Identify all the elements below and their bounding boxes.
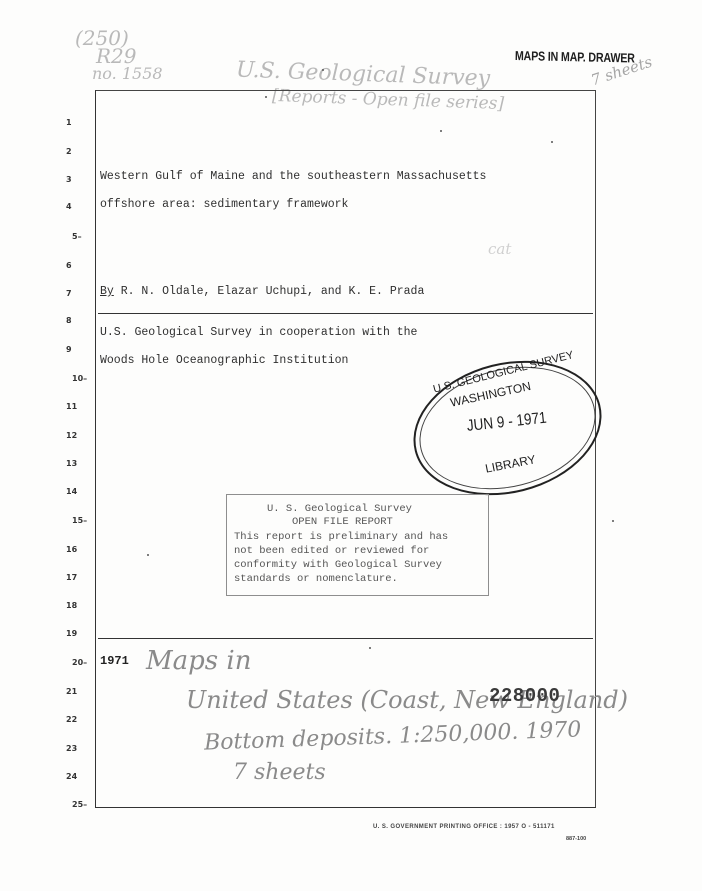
line-number: 8 (66, 316, 72, 325)
ofr-agency: U. S. Geological Survey (267, 503, 412, 515)
scan-speck (612, 520, 614, 522)
scan-speck (265, 96, 267, 98)
line-number: 3 (66, 175, 72, 184)
line-number: 17 (66, 573, 77, 582)
line-number: 11 (66, 402, 77, 411)
line-number: 10– (72, 374, 87, 383)
line-number: 2 (66, 147, 72, 156)
line-number: 7 (66, 289, 72, 298)
line-number: 20– (72, 658, 87, 667)
scan-speck (369, 647, 371, 649)
line-number: 25– (72, 800, 87, 809)
affiliation-line-2: Woods Hole Oceanographic Institution (100, 354, 348, 367)
line-number: 12 (66, 431, 77, 440)
line-number: 1 (66, 118, 72, 127)
printer-imprint: U. S. GOVERNMENT PRINTING OFFICE : 1957 … (373, 824, 555, 830)
scan-speck (440, 130, 442, 132)
ofr-notice-line-2: not been edited or reviewed for (234, 545, 429, 557)
line-number: 24 (66, 772, 77, 781)
catalog-note-line-1: Maps in (146, 646, 251, 676)
catalog-note-line-2: United States (Coast, New England) (186, 686, 628, 714)
line-number: 15– (72, 516, 87, 525)
line-number: 23 (66, 744, 77, 753)
by-label: By (100, 285, 114, 298)
ofr-notice-line-4: standards or nomenclature. (234, 573, 398, 585)
title-line-1: Western Gulf of Maine and the southeaste… (100, 170, 486, 183)
ofr-notice-line-3: conformity with Geological Survey (234, 559, 442, 571)
line-number: 13 (66, 459, 77, 468)
accession-number: 228000 (489, 685, 560, 707)
line-number: 22 (66, 715, 77, 724)
call-number-no: no. 1558 (92, 64, 163, 83)
author-line: By R. N. Oldale, Elazar Uchupi, and K. E… (100, 285, 424, 298)
maps-in-drawer-stamp: MAPS IN MAP. DRAWER (515, 48, 635, 66)
publication-year: 1971 (100, 654, 129, 668)
ofr-notice-line-1: This report is preliminary and has (234, 531, 448, 543)
line-number: 4 (66, 202, 72, 211)
divider-rule-year (98, 638, 593, 639)
affiliation-line-1: U.S. Geological Survey in cooperation wi… (100, 326, 417, 339)
title-line-2: offshore area: sedimentary framework (100, 198, 348, 211)
catalog-note-line-4: 7 sheets (233, 760, 326, 785)
document-page: (250) R29 no. 1558 U.S. Geological Surve… (0, 0, 702, 891)
line-number: 5– (72, 232, 82, 241)
line-number: 16 (66, 545, 77, 554)
scan-speck (147, 554, 149, 556)
line-number: 21 (66, 687, 77, 696)
line-number: 9 (66, 345, 72, 354)
line-number: 14 (66, 487, 77, 496)
divider-rule-authors (98, 313, 593, 314)
author-names: R. N. Oldale, Elazar Uchupi, and K. E. P… (114, 285, 425, 298)
line-number: 18 (66, 601, 77, 610)
line-number: 19 (66, 629, 77, 638)
form-number: 887-100 (566, 836, 586, 842)
scan-speck (322, 69, 324, 71)
line-number: 6 (66, 261, 72, 270)
scan-speck (551, 141, 553, 143)
ofr-heading: OPEN FILE REPORT (292, 516, 393, 528)
